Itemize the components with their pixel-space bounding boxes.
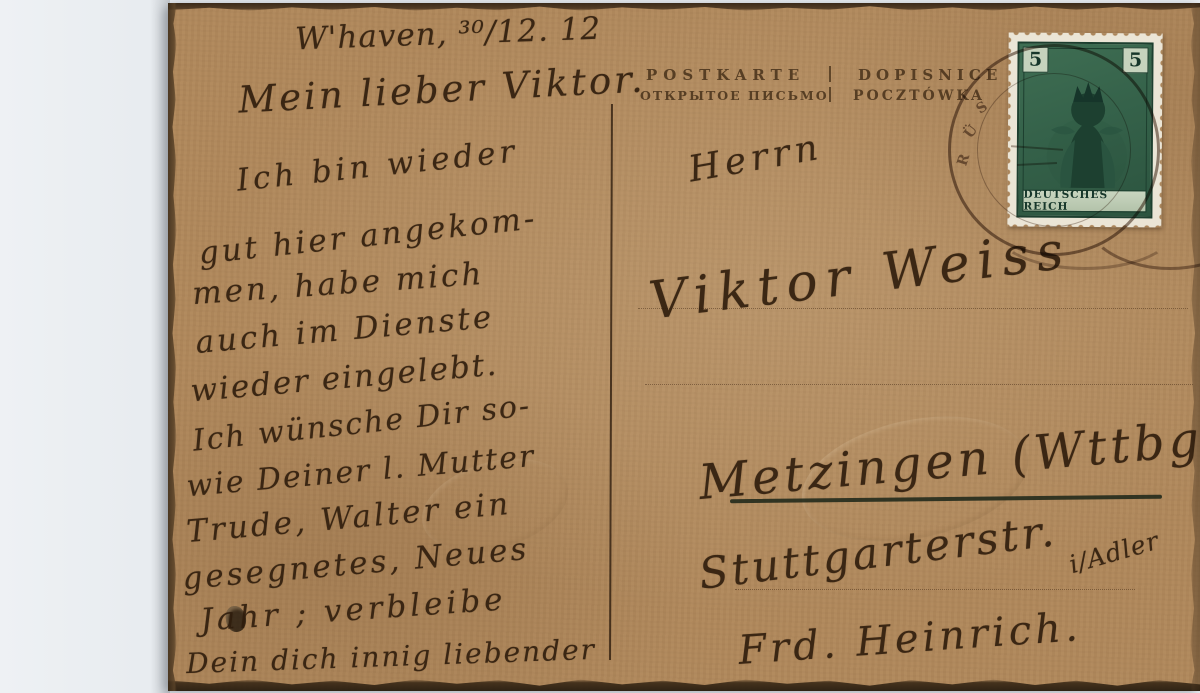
address-line [645,384,1193,385]
torn-edge-bottom [168,679,1200,691]
torn-edge-left [168,3,177,691]
torn-edge-top [168,3,1200,11]
header-divider [829,87,831,102]
torn-edge-right [1190,3,1200,691]
postkarte-cyrillic-label: ОТКРЫТОЕ ПИСЬМО [640,88,829,103]
postmark-smudge-arc [995,190,1175,270]
header-divider [829,66,831,82]
street-underline [735,589,1135,590]
card-shadow [150,0,170,693]
postkarte-label: POSTKARTE [646,66,805,84]
